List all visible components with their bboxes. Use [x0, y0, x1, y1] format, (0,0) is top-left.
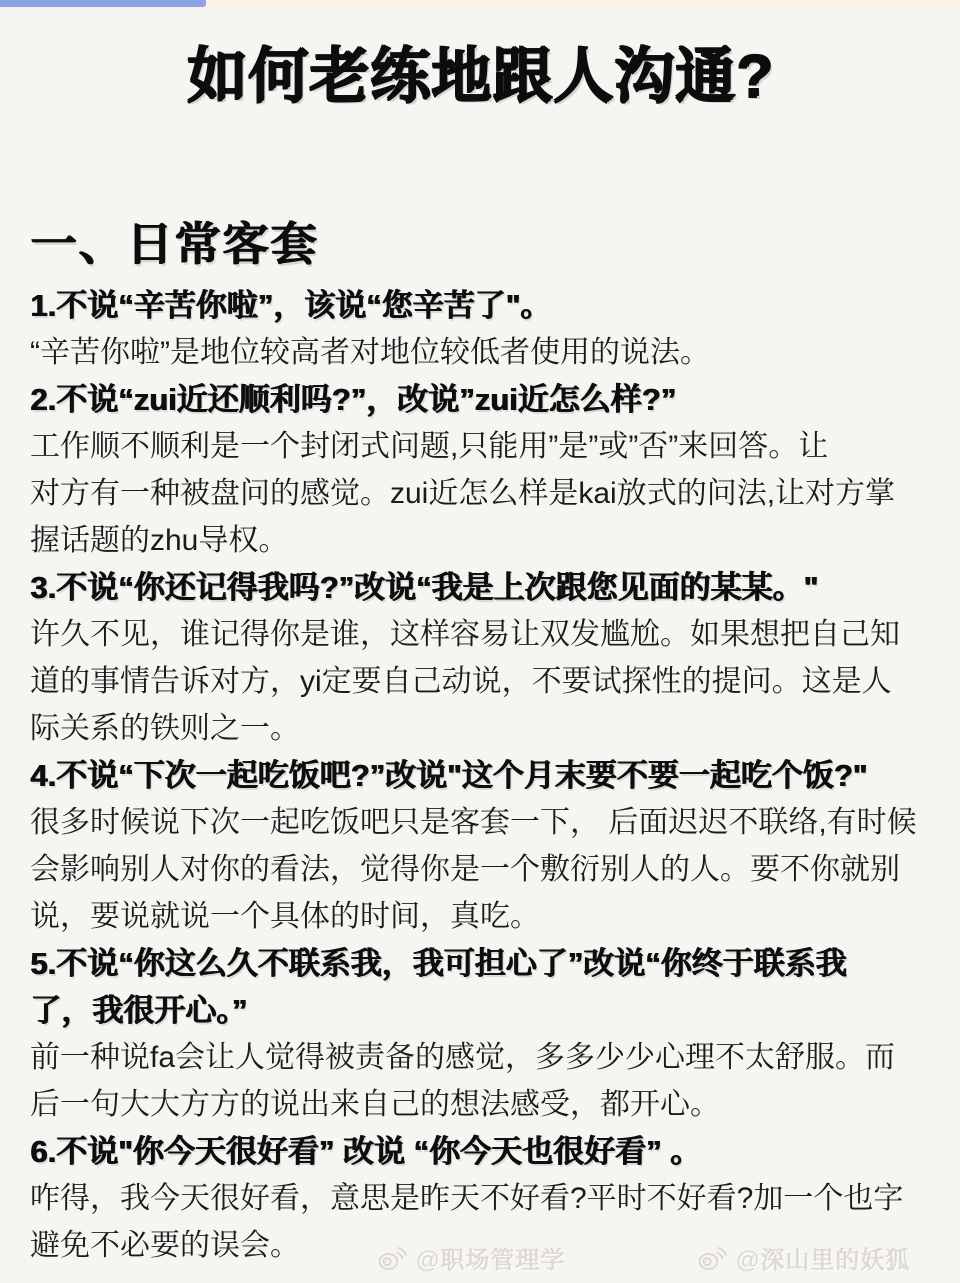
weibo-icon	[694, 1242, 730, 1274]
tip-1-body: “辛苦你啦”是地位较高者对地位较低者使用的说法。	[30, 329, 930, 376]
tip-5-body-1: 前一种说fa会让人觉得被责备的感觉，多多少少心理不太舒服。而	[30, 1034, 930, 1081]
content-lines: 1.不说“辛苦你啦”，该说“您辛苦了"。 “辛苦你啦”是地位较高者对地位较低者使…	[30, 282, 930, 1269]
tip-3-body-1: 许久不见，谁记得你是谁，这样容易让双发尴尬。如果想把自己知	[30, 611, 930, 658]
tip-2-body-1: 工作顺不顺利是一个封闭式问题,只能用”是”或”否”来回答。让	[30, 423, 930, 470]
tip-2-body-3: 握话题的zhu导权。	[30, 517, 930, 564]
tip-4-body-1: 很多时候说下次一起吃饭吧只是客套一下， 后面迟迟不联络,有时候	[30, 799, 930, 846]
tip-4-heading: 4.不说“下次一起吃饭吧?”改说"这个月末要不要一起吃个饭?"	[30, 752, 930, 799]
tip-4-body-3: 说，要说就说一个具体的时间，真吃。	[30, 893, 930, 940]
tip-5-body-2: 后一句大大方方的说出来自己的想法感受，都开心。	[30, 1081, 930, 1128]
tip-1-heading: 1.不说“辛苦你啦”，该说“您辛苦了"。	[30, 282, 930, 329]
tip-5-heading-2: 了，我很开心。”	[30, 987, 930, 1034]
section-heading: 一、日常客套	[30, 216, 930, 272]
watermark-right: @深山里的妖狐	[694, 1240, 910, 1275]
tip-3-body-2: 道的事情告诉对方，yi定要自己动说，不要试探性的提问。这是人	[30, 658, 930, 705]
tip-6-body-1: 咋得，我今天很好看，意思是昨天不好看?平时不好看?加一个也字	[30, 1175, 930, 1222]
weibo-icon	[374, 1242, 410, 1274]
watermark-handle: @职场管理学	[416, 1240, 565, 1275]
watermark-handle: @深山里的妖狐	[736, 1240, 910, 1275]
tip-2-heading: 2.不说“zui近还顺利吗?”，改说”zui近怎么样?”	[30, 376, 930, 423]
tip-4-body-2: 会影响别人对你的看法，觉得你是一个敷衍别人的人。要不你就别	[30, 846, 930, 893]
tip-6-heading: 6.不说"你今天很好看” 改说 “你今天也很好看” 。	[30, 1128, 930, 1175]
tip-5-heading-1: 5.不说“你这么久不联系我，我可担心了”改说“你终于联系我	[30, 940, 930, 987]
tip-3-body-3: 际关系的铁则之一。	[30, 705, 930, 752]
tip-3-heading: 3.不说“你还记得我吗?”改说“我是上次跟您见面的某某。"	[30, 564, 930, 611]
watermark-left: @职场管理学	[374, 1240, 565, 1275]
page-title: 如何老练地跟人沟通?	[30, 40, 930, 112]
poster-page: 如何老练地跟人沟通? 一、日常客套 1.不说“辛苦你啦”，该说“您辛苦了"。 “…	[0, 0, 960, 1269]
tip-2-body-2: 对方有一种被盘问的感觉。zui近怎么样是kai放式的问法,让对方掌	[30, 470, 930, 517]
